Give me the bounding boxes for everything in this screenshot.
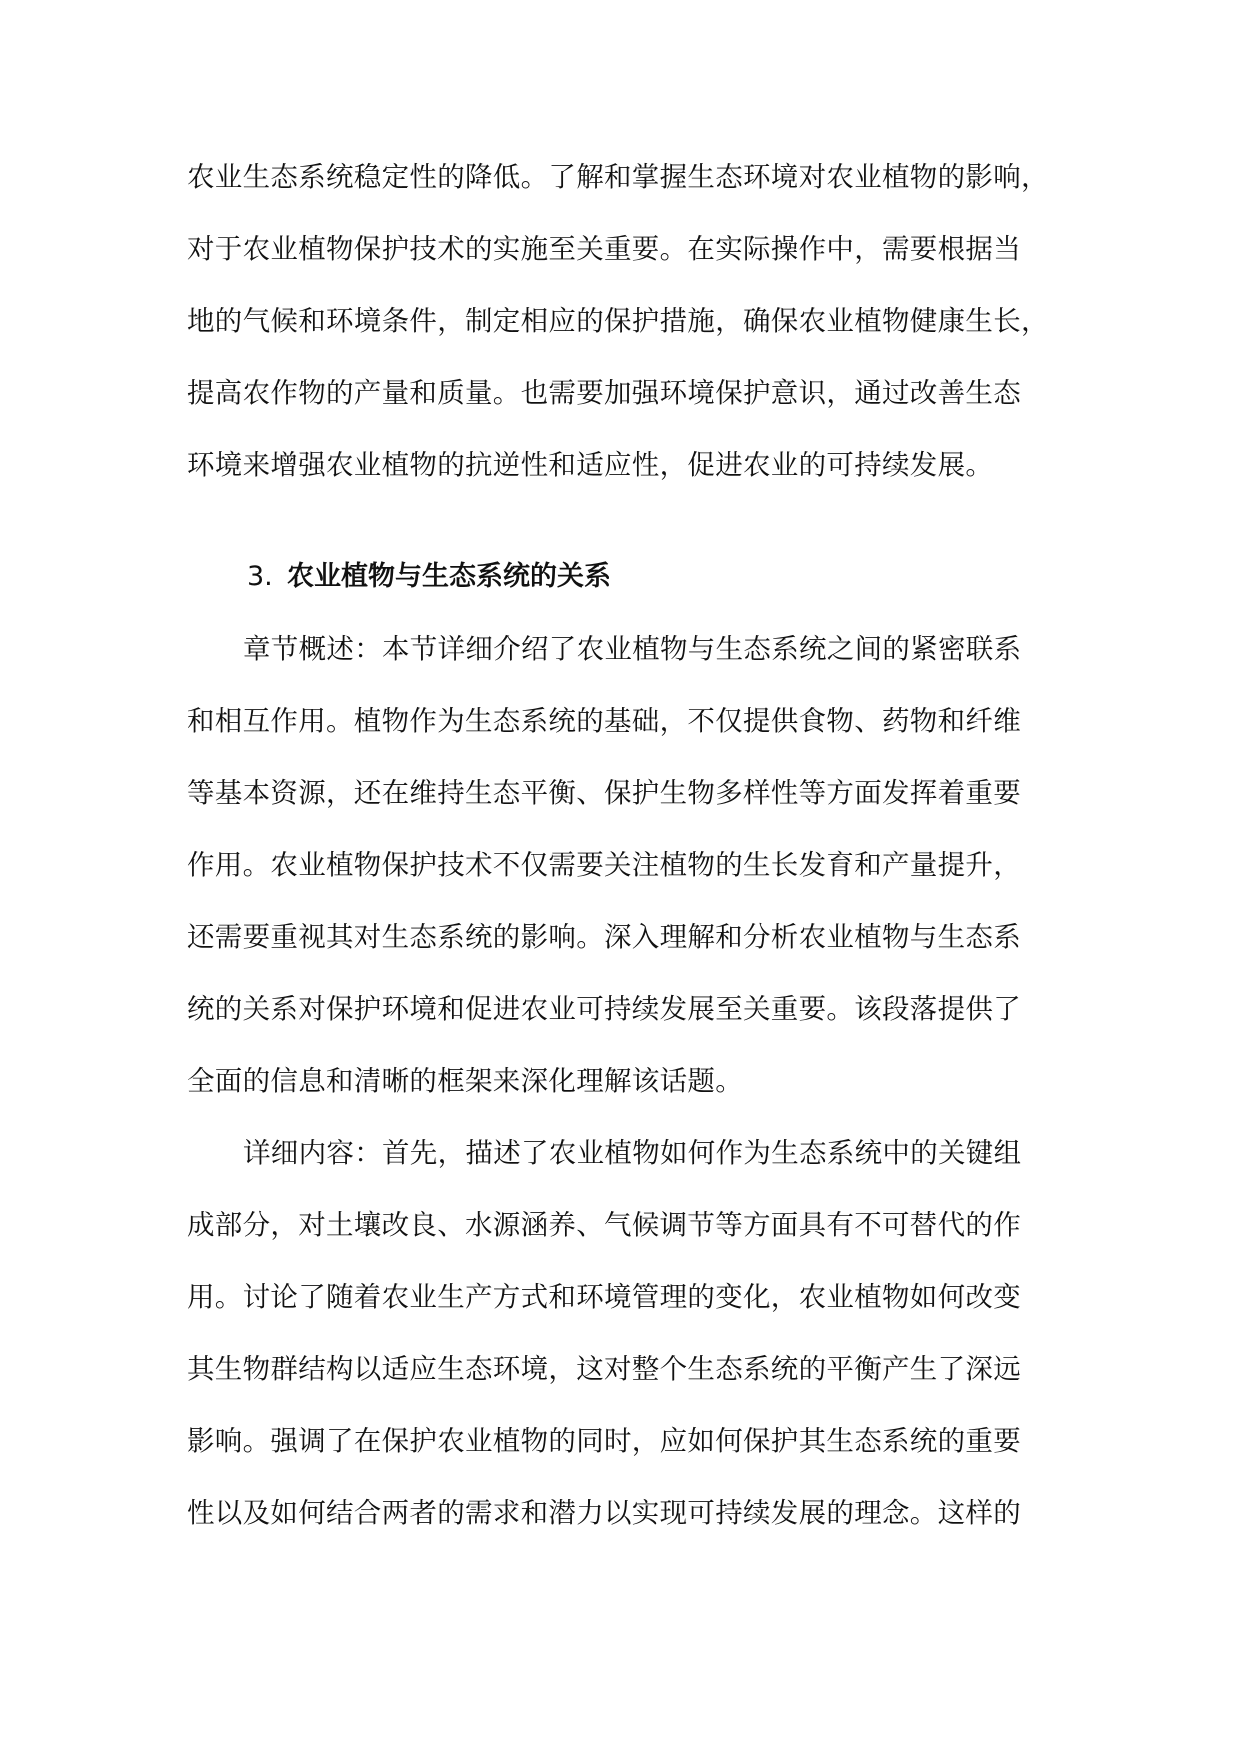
text-line: 统的关系对保护环境和促进农业可持续发展至关重要。该段落提供了 <box>187 992 1021 1026</box>
section-number: 3. <box>247 560 287 594</box>
text-line: 用。讨论了随着农业生产方式和环境管理的变化，农业植物如何改变 <box>187 1280 1021 1314</box>
text-line: 其生物群结构以适应生态环境，这对整个生态系统的平衡产生了深远 <box>187 1352 1021 1386</box>
text-line: 影响。强调了在保护农业植物的同时，应如何保护其生态系统的重要 <box>187 1424 1021 1458</box>
document-page: 农业生态系统稳定性的降低。了解和掌握生态环境对农业植物的影响， 对于农业植物保护… <box>0 0 1241 1754</box>
text-line: 性以及如何结合两者的需求和潜力以实现可持续发展的理念。这样的 <box>187 1496 1021 1530</box>
text-line: 提高农作物的产量和质量。也需要加强环境保护意识，通过改善生态 <box>187 376 1021 410</box>
text-line: 和相互作用。植物作为生态系统的基础，不仅提供食物、药物和纤维 <box>187 704 1021 738</box>
text-line: 等基本资源，还在维持生态平衡、保护生物多样性等方面发挥着重要 <box>187 776 1021 810</box>
text-line: 详细内容：首先，描述了农业植物如何作为生态系统中的关键组 <box>243 1136 1021 1170</box>
text-line: 还需要重视其对生态系统的影响。深入理解和分析农业植物与生态系 <box>187 920 1021 954</box>
text-line: 成部分，对土壤改良、水源涵养、气候调节等方面具有不可替代的作 <box>187 1208 1021 1242</box>
text-line: 地的气候和环境条件，制定相应的保护措施，确保农业植物健康生长， <box>187 304 1049 338</box>
section-heading: 3.农业植物与生态系统的关系 <box>247 560 611 594</box>
text-line: 农业生态系统稳定性的降低。了解和掌握生态环境对农业植物的影响， <box>187 160 1049 194</box>
text-line: 作用。农业植物保护技术不仅需要关注植物的生长发育和产量提升， <box>187 848 1021 882</box>
section-title: 农业植物与生态系统的关系 <box>287 561 611 592</box>
text-line: 全面的信息和清晰的框架来深化理解该话题。 <box>187 1064 743 1098</box>
text-line: 章节概述：本节详细介绍了农业植物与生态系统之间的紧密联系 <box>243 632 1021 666</box>
text-line: 环境来增强农业植物的抗逆性和适应性，促进农业的可持续发展。 <box>187 448 993 482</box>
text-line: 对于农业植物保护技术的实施至关重要。在实际操作中，需要根据当 <box>187 232 1021 266</box>
